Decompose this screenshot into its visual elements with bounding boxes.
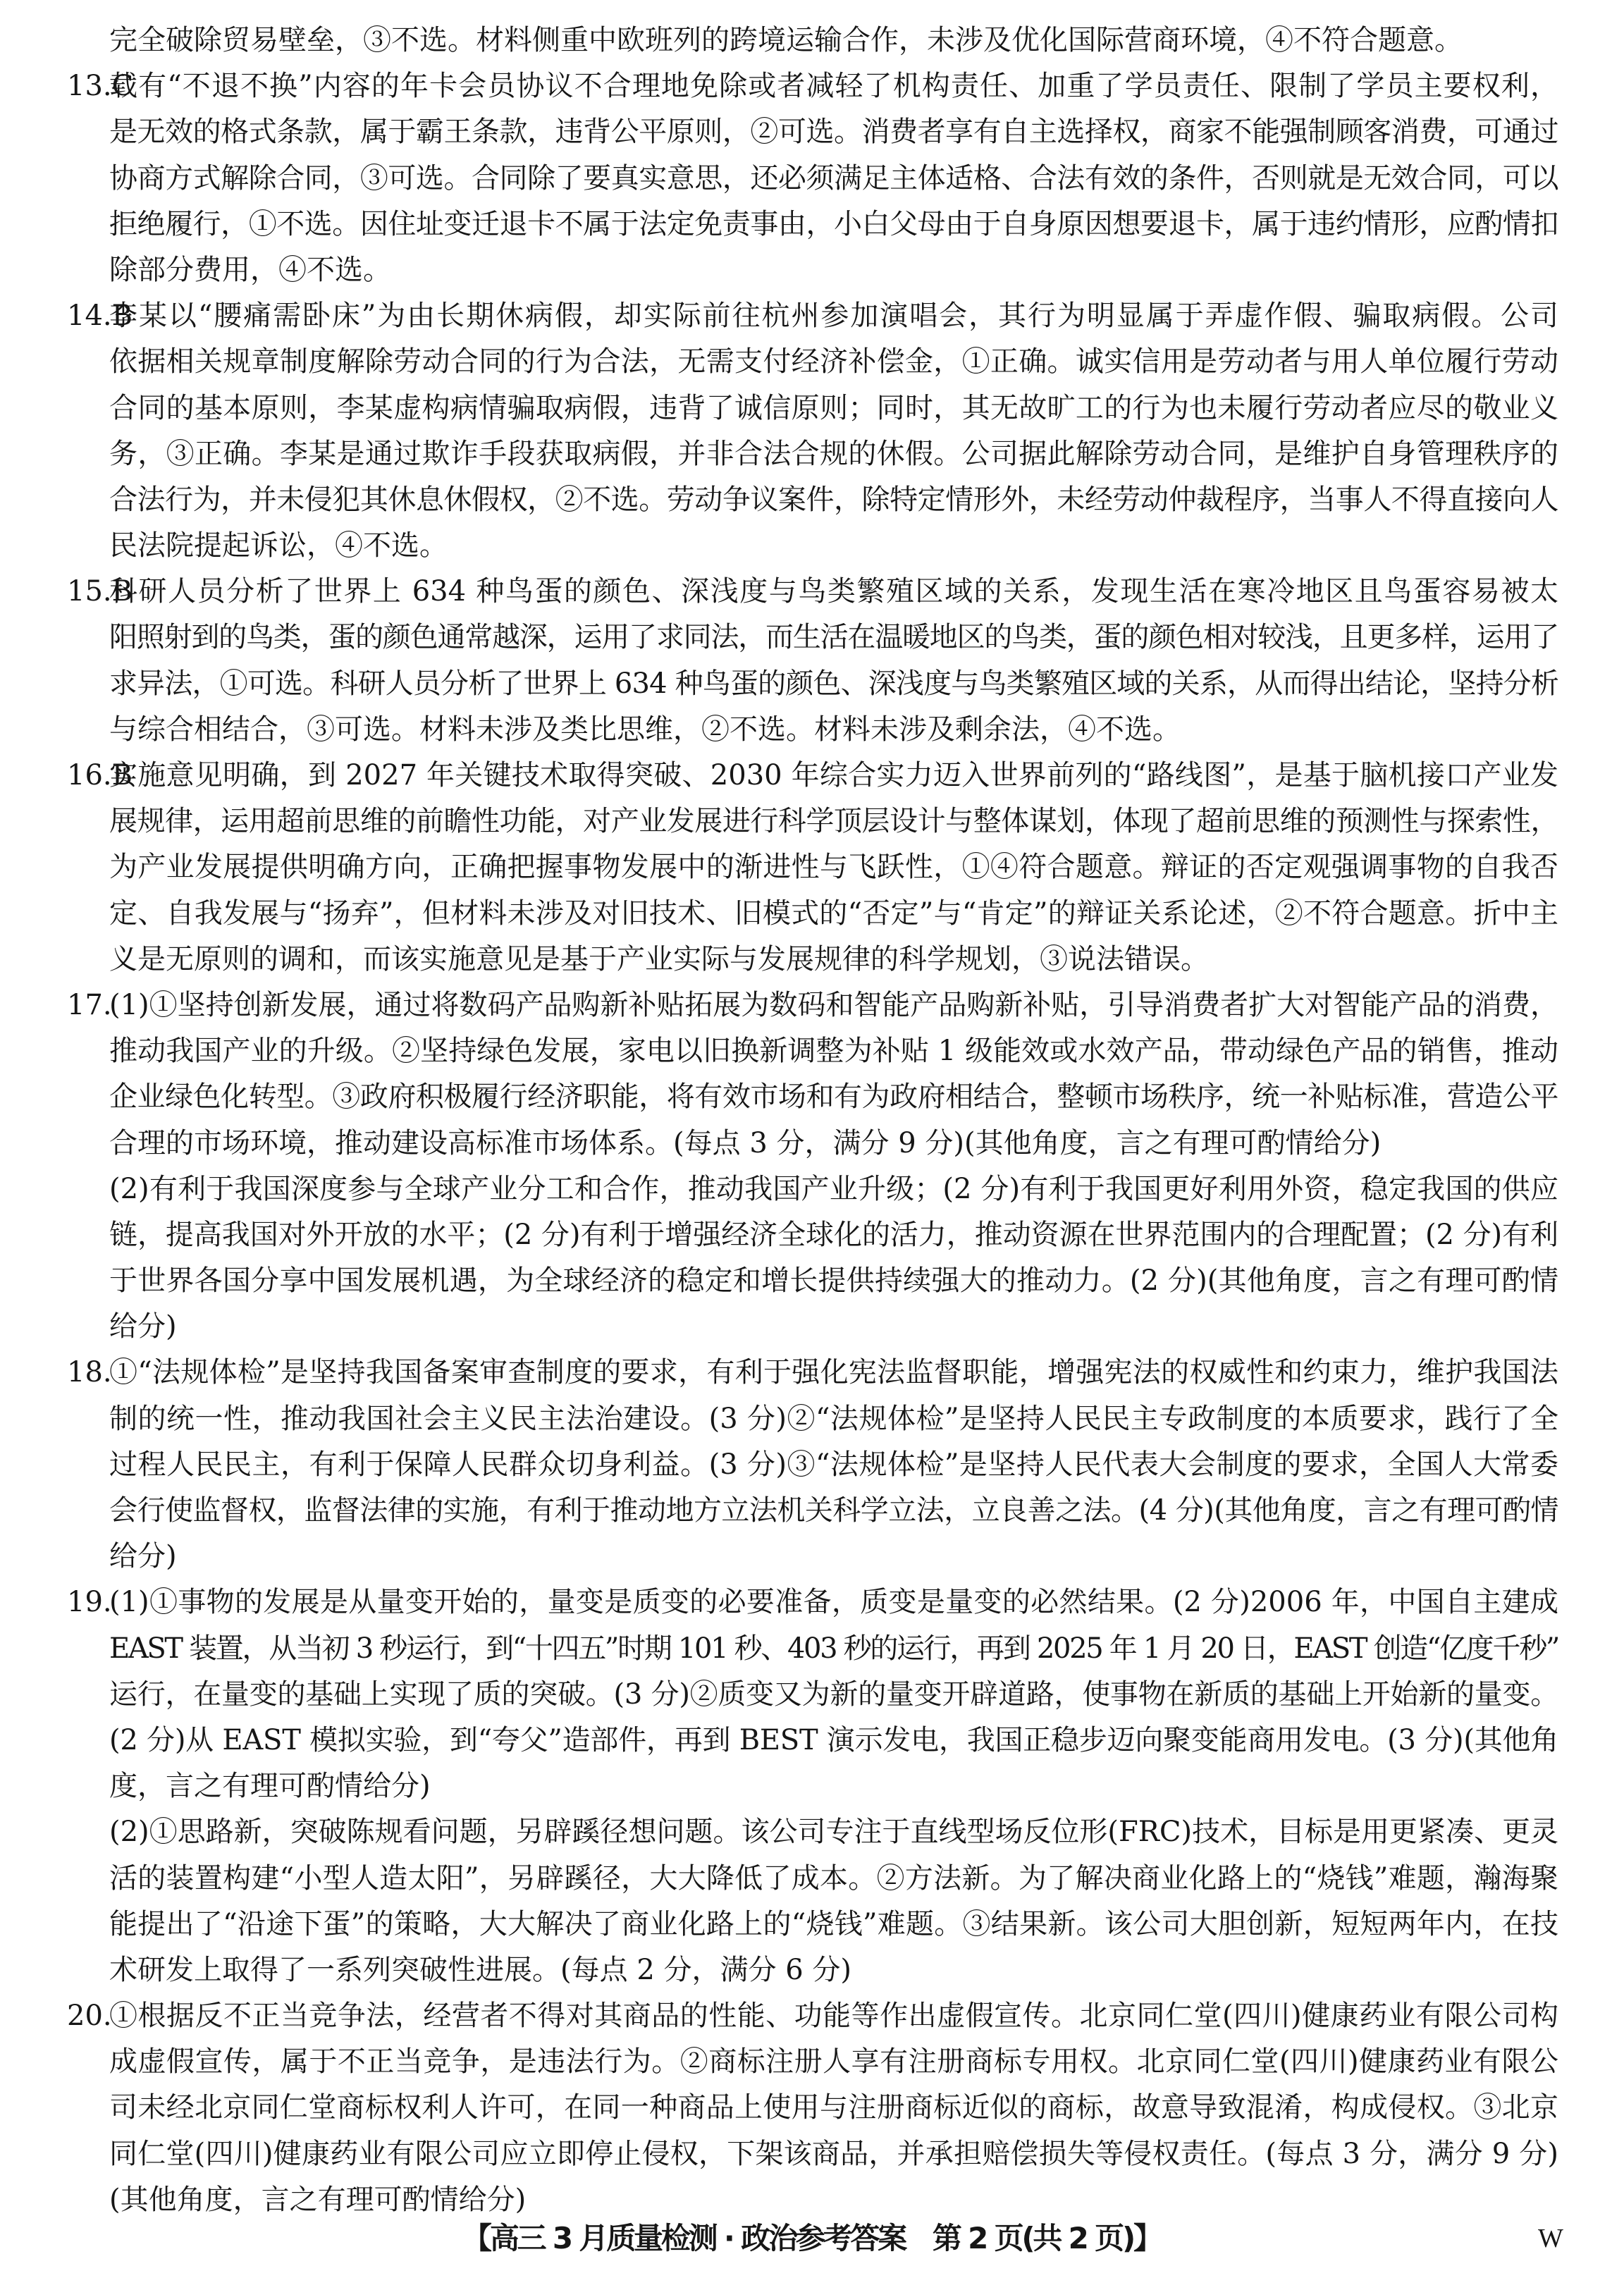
text-line: 合理的市场环境，推动建设高标准市场体系。(每点 3 分，满分 9 分)(其他角度… xyxy=(109,1121,1558,1166)
item-number: 20. xyxy=(67,1993,112,2039)
line-text: 协商方式解除合同，③可选。合同除了要真实意思，还必须满足主体适格、合法有效的条件… xyxy=(109,162,1558,195)
line-text: EAST 装置，从当初 3 秒运行，到“十四五”时期 101 秒、403 秒的运… xyxy=(109,1632,1558,1665)
line-text: 拒绝履行，①不选。因住址变迁退卡不属于法定免责事由，小白父母由于自身原因想要退卡… xyxy=(109,208,1558,240)
text-line: 于世界各国分享中国发展机遇，为全球经济的稳定和增长提供持续强大的推动力。(2 分… xyxy=(109,1258,1558,1304)
answer-item-16b: 16.B实施意见明确，到 2027 年关键技术取得突破、2030 年综合实力迈入… xyxy=(0,753,1624,983)
item-number: 14.B xyxy=(67,293,133,339)
version-mark: W xyxy=(1538,2220,1563,2257)
text-line: 求异法，①可选。科研人员分析了世界上 634 种鸟蛋的颜色、深浅度与鸟类繁殖区域… xyxy=(109,661,1558,707)
line-text: (2 分)从 EAST 模拟实验，到“夸父”造部件，再到 BEST 演示发电，我… xyxy=(109,1724,1558,1756)
line-text: 是无效的格式条款，属于霸王条款，违背公平原则，②可选。消费者享有自主选择权，商家… xyxy=(109,116,1558,148)
line-text: 合理的市场环境，推动建设高标准市场体系。(每点 3 分，满分 9 分)(其他角度… xyxy=(109,1127,1381,1159)
line-text: 民法院提起诉讼，④不选。 xyxy=(109,529,448,562)
answer-item-20: 20.①根据反不正当竞争法，经营者不得对其商品的性能、功能等作出虚假宣传。北京同… xyxy=(0,1993,1624,2223)
text-line: 19.(1)①事物的发展是从量变开始的，量变是质变的必要准备，质变是量变的必然结… xyxy=(109,1580,1558,1625)
text-line: 义是无原则的调和，而该实施意见是基于产业实际与发展规律的科学规划，③说法错误。 xyxy=(109,937,1558,983)
line-text: 活的装置构建“小型人造太阳”，另辟蹊径，大大降低了成本。②方法新。为了解决商业化… xyxy=(109,1862,1558,1895)
line-text: 求异法，①可选。科研人员分析了世界上 634 种鸟蛋的颜色、深浅度与鸟类繁殖区域… xyxy=(109,667,1558,700)
text-line: EAST 装置，从当初 3 秒运行，到“十四五”时期 101 秒、403 秒的运… xyxy=(109,1626,1558,1672)
line-text: 链，提高我国对外开放的水平；(2 分)有利于增强经济全球化的活力，推动资源在世界… xyxy=(109,1219,1558,1251)
answer-item-19: 19.(1)①事物的发展是从量变开始的，量变是质变的必要准备，质变是量变的必然结… xyxy=(0,1580,1624,1993)
answer-item-14b: 14.B李某以“腰痛需卧床”为由长期休病假，却实际前往杭州参加演唱会，其行为明显… xyxy=(0,293,1624,569)
text-line: (2 分)从 EAST 模拟实验，到“夸父”造部件，再到 BEST 演示发电，我… xyxy=(109,1718,1558,1763)
line-text: 除部分费用，④不选。 xyxy=(109,254,391,286)
line-text: (1)①坚持创新发展，通过将数码产品购新补贴拓展为数码和智能产品购新补贴，引导消… xyxy=(109,989,1558,1021)
line-text: 合法行为，并未侵犯其休息休假权，②不选。劳动争议案件，除特定情形外，未经劳动仲裁… xyxy=(109,484,1558,516)
line-text: 依据相关规章制度解除劳动合同的行为合法，无需支付经济补偿金，①正确。诚实信用是劳… xyxy=(109,345,1558,378)
answer-continuation: 完全破除贸易壁垒，③不选。材料侧重中欧班列的跨境运输合作，未涉及优化国际营商环境… xyxy=(0,18,1624,63)
line-text: 合同的基本原则，李某虚构病情骗取病假，违背了诚信原则；同时，其无故旷工的行为也未… xyxy=(109,392,1558,424)
line-text: ①“法规体检”是坚持我国备案审查制度的要求，有利于强化宪法监督职能，增强宪法的权… xyxy=(109,1356,1558,1389)
line-text: 义是无原则的调和，而该实施意见是基于产业实际与发展规律的科学规划，③说法错误。 xyxy=(109,943,1209,975)
item-number: 18. xyxy=(67,1350,112,1396)
text-line: 与综合相结合，③可选。材料未涉及类比思维，②不选。材料未涉及剩余法，④不选。 xyxy=(109,707,1558,753)
line-text: 同仁堂(四川)健康药业有限公司应立即停止侵权，下架该商品，并承担赔偿损失等侵权责… xyxy=(109,2138,1558,2170)
line-text: 载有“不退不换”内容的年卡会员协议不合理地免除或者减轻了机构责任、加重了学员责任… xyxy=(109,70,1558,102)
text-line: 度，言之有理可酌情给分) xyxy=(109,1763,1558,1809)
text-line: 依据相关规章制度解除劳动合同的行为合法，无需支付经济补偿金，①正确。诚实信用是劳… xyxy=(109,339,1558,385)
text-line: 给分) xyxy=(109,1304,1558,1350)
line-text: 完全破除贸易壁垒，③不选。材料侧重中欧班列的跨境运输合作，未涉及优化国际营商环境… xyxy=(109,24,1463,56)
line-text: 实施意见明确，到 2027 年关键技术取得突破、2030 年综合实力迈入世界前列… xyxy=(109,759,1558,792)
line-text: 定、自我发展与“扬弃”，但材料未涉及对旧技术、旧模式的“否定”与“肯定”的辩证关… xyxy=(109,897,1558,930)
text-line: 给分) xyxy=(109,1534,1558,1580)
line-text: (2)①思路新，突破陈规看问题，另辟蹊径想问题。该公司专注于直线型场反位形(FR… xyxy=(109,1816,1558,1848)
answer-item-18: 18.①“法规体检”是坚持我国备案审查制度的要求，有利于强化宪法监督职能，增强宪… xyxy=(0,1350,1624,1580)
line-text: 与综合相结合，③可选。材料未涉及类比思维，②不选。材料未涉及剩余法，④不选。 xyxy=(109,713,1181,746)
text-line: 协商方式解除合同，③可选。合同除了要真实意思，还必须满足主体适格、合法有效的条件… xyxy=(109,156,1558,202)
line-text: 推动我国产业的升级。②坚持绿色发展，家电以旧换新调整为补贴 1 级能效或水效产品… xyxy=(109,1035,1558,1067)
text-line: 会行使监督权，监督法律的实施，有利于推动地方立法机关科学立法，立良善之法。(4 … xyxy=(109,1488,1558,1534)
text-line: 18.①“法规体检”是坚持我国备案审查制度的要求，有利于强化宪法监督职能，增强宪… xyxy=(109,1350,1558,1396)
footer-text: 【高三 3 月质量检测 · 政治参考答案 第 2 页(共 2 页)】 xyxy=(462,2221,1161,2255)
text-line: 拒绝履行，①不选。因住址变迁退卡不属于法定免责事由，小白父母由于自身原因想要退卡… xyxy=(109,202,1558,247)
text-line: 完全破除贸易壁垒，③不选。材料侧重中欧班列的跨境运输合作，未涉及优化国际营商环境… xyxy=(109,18,1558,63)
text-line: 运行，在量变的基础上实现了质的突破。(3 分)②质变又为新的量变开辟道路，使事物… xyxy=(109,1672,1558,1718)
item-number: 17. xyxy=(67,983,112,1028)
line-text: 给分) xyxy=(109,1540,177,1572)
line-text: 于世界各国分享中国发展机遇，为全球经济的稳定和增长提供持续强大的推动力。(2 分… xyxy=(109,1264,1558,1297)
text-line: 除部分费用，④不选。 xyxy=(109,247,1558,293)
answer-item-15b: 15.B科研人员分析了世界上 634 种鸟蛋的颜色、深浅度与鸟类繁殖区域的关系，… xyxy=(0,569,1624,753)
text-line: 展规律，运用超前思维的前瞻性功能，对产业发展进行科学顶层设计与整体谋划，体现了超… xyxy=(109,799,1558,844)
text-line: (其他角度，言之有理可酌情给分) xyxy=(109,2177,1558,2223)
text-line: 企业绿色化转型。③政府积极履行经济职能，将有效市场和有为政府相结合，整顿市场秩序… xyxy=(109,1074,1558,1120)
line-text: 运行，在量变的基础上实现了质的突破。(3 分)②质变又为新的量变开辟道路，使事物… xyxy=(109,1678,1558,1711)
answer-item-13c: 13.C载有“不退不换”内容的年卡会员协议不合理地免除或者减轻了机构责任、加重了… xyxy=(0,63,1624,293)
line-text: 李某以“腰痛需卧床”为由长期休病假，却实际前往杭州参加演唱会，其行为明显属于弄虚… xyxy=(109,300,1558,332)
line-text: 企业绿色化转型。③政府积极履行经济职能，将有效市场和有为政府相结合，整顿市场秩序… xyxy=(109,1080,1558,1113)
text-line: 制的统一性，推动我国社会主义民主法治建设。(3 分)②“法规体检”是坚持人民民主… xyxy=(109,1396,1558,1442)
line-text: 会行使监督权，监督法律的实施，有利于推动地方立法机关科学立法，立良善之法。(4 … xyxy=(109,1494,1558,1527)
line-text: 为产业发展提供明确方向，正确把握事物发展中的渐进性与飞跃性，①④符合题意。辩证的… xyxy=(109,851,1558,883)
item-number: 13.C xyxy=(67,63,133,109)
line-text: 过程人民民主，有利于保障人民群众切身利益。(3 分)③“法规体检”是坚持人民代表… xyxy=(109,1448,1558,1481)
text-line: 民法院提起诉讼，④不选。 xyxy=(109,523,1558,569)
text-line: 是无效的格式条款，属于霸王条款，违背公平原则，②可选。消费者享有自主选择权，商家… xyxy=(109,109,1558,155)
line-text: 给分) xyxy=(109,1310,177,1343)
text-line: 16.B实施意见明确，到 2027 年关键技术取得突破、2030 年综合实力迈入… xyxy=(109,753,1558,799)
text-line: 活的装置构建“小型人造太阳”，另辟蹊径，大大降低了成本。②方法新。为了解决商业化… xyxy=(109,1856,1558,1902)
text-line: 链，提高我国对外开放的水平；(2 分)有利于增强经济全球化的活力，推动资源在世界… xyxy=(109,1212,1558,1258)
line-text: 务，③正确。李某是通过欺诈手段获取病假，并非合法合规的休假。公司据此解除劳动合同… xyxy=(109,438,1558,470)
text-line: 阳照射到的鸟类，蛋的颜色通常越深，运用了求同法，而生活在温暖地区的鸟类，蛋的颜色… xyxy=(109,615,1558,660)
page-footer: 【高三 3 月质量检测 · 政治参考答案 第 2 页(共 2 页)】 xyxy=(462,2220,1163,2257)
text-line: 推动我国产业的升级。②坚持绿色发展，家电以旧换新调整为补贴 1 级能效或水效产品… xyxy=(109,1028,1558,1074)
line-text: (其他角度，言之有理可酌情给分) xyxy=(109,2184,526,2216)
line-text: (1)①事物的发展是从量变开始的，量变是质变的必要准备，质变是量变的必然结果。(… xyxy=(109,1586,1558,1618)
text-line: 合法行为，并未侵犯其休息休假权，②不选。劳动争议案件，除特定情形外，未经劳动仲裁… xyxy=(109,477,1558,523)
line-text: (2)有利于我国深度参与全球产业分工和合作，推动我国产业升级；(2 分)有利于我… xyxy=(109,1173,1558,1205)
text-line: 为产业发展提供明确方向，正确把握事物发展中的渐进性与飞跃性，①④符合题意。辩证的… xyxy=(109,844,1558,890)
text-line: 17.(1)①坚持创新发展，通过将数码产品购新补贴拓展为数码和智能产品购新补贴，… xyxy=(109,983,1558,1028)
line-text: 司未经北京同仁堂商标权利人许可，在同一种商品上使用与注册商标近似的商标，故意导致… xyxy=(109,2091,1558,2124)
item-number: 19. xyxy=(67,1580,112,1625)
line-text: 成虚假宣传，属于不正当竞争，是违法行为。②商标注册人享有注册商标专用权。北京同仁… xyxy=(109,2045,1558,2078)
line-text: 科研人员分析了世界上 634 种鸟蛋的颜色、深浅度与鸟类繁殖区域的关系，发现生活… xyxy=(109,575,1558,608)
text-line: 能提出了“沿途下蛋”的策略，大大解决了商业化路上的“烧钱”难题。③结果新。该公司… xyxy=(109,1902,1558,1947)
text-line: 务，③正确。李某是通过欺诈手段获取病假，并非合法合规的休假。公司据此解除劳动合同… xyxy=(109,431,1558,477)
answer-document: 完全破除贸易壁垒，③不选。材料侧重中欧班列的跨境运输合作，未涉及优化国际营商环境… xyxy=(0,18,1624,2223)
item-number: 15.B xyxy=(67,569,133,615)
line-text: 术研发上取得了一系列突破性进展。(每点 2 分，满分 6 分) xyxy=(109,1954,851,1986)
line-text: 阳照射到的鸟类，蛋的颜色通常越深，运用了求同法，而生活在温暖地区的鸟类，蛋的颜色… xyxy=(109,621,1558,653)
item-number: 16.B xyxy=(67,753,133,799)
text-line: 司未经北京同仁堂商标权利人许可，在同一种商品上使用与注册商标近似的商标，故意导致… xyxy=(109,2085,1558,2131)
line-text: ①根据反不正当竞争法，经营者不得对其商品的性能、功能等作出虚假宣传。北京同仁堂(… xyxy=(109,2000,1558,2032)
line-text: 展规律，运用超前思维的前瞻性功能，对产业发展进行科学顶层设计与整体谋划，体现了超… xyxy=(109,805,1558,837)
text-line: 20.①根据反不正当竞争法，经营者不得对其商品的性能、功能等作出虚假宣传。北京同… xyxy=(109,1993,1558,2039)
text-line: 13.C载有“不退不换”内容的年卡会员协议不合理地免除或者减轻了机构责任、加重了… xyxy=(109,63,1558,109)
text-line: 14.B李某以“腰痛需卧床”为由长期休病假，却实际前往杭州参加演唱会，其行为明显… xyxy=(109,293,1558,339)
line-text: 度，言之有理可酌情给分) xyxy=(109,1770,431,1802)
line-text: 制的统一性，推动我国社会主义民主法治建设。(3 分)②“法规体检”是坚持人民民主… xyxy=(109,1403,1558,1435)
text-line: 定、自我发展与“扬弃”，但材料未涉及对旧技术、旧模式的“否定”与“肯定”的辩证关… xyxy=(109,891,1558,937)
text-line: 合同的基本原则，李某虚构病情骗取病假，违背了诚信原则；同时，其无故旷工的行为也未… xyxy=(109,386,1558,431)
text-line: (2)①思路新，突破陈规看问题，另辟蹊径想问题。该公司专注于直线型场反位形(FR… xyxy=(109,1809,1558,1855)
text-line: 过程人民民主，有利于保障人民群众切身利益。(3 分)③“法规体检”是坚持人民代表… xyxy=(109,1442,1558,1488)
text-line: (2)有利于我国深度参与全球产业分工和合作，推动我国产业升级；(2 分)有利于我… xyxy=(109,1166,1558,1212)
line-text: 能提出了“沿途下蛋”的策略，大大解决了商业化路上的“烧钱”难题。③结果新。该公司… xyxy=(109,1908,1558,1940)
answer-item-17: 17.(1)①坚持创新发展，通过将数码产品购新补贴拓展为数码和智能产品购新补贴，… xyxy=(0,983,1624,1350)
text-line: 成虚假宣传，属于不正当竞争，是违法行为。②商标注册人享有注册商标专用权。北京同仁… xyxy=(109,2039,1558,2085)
text-line: 同仁堂(四川)健康药业有限公司应立即停止侵权，下架该商品，并承担赔偿损失等侵权责… xyxy=(109,2131,1558,2177)
text-line: 术研发上取得了一系列突破性进展。(每点 2 分，满分 6 分) xyxy=(109,1947,1558,1993)
text-line: 15.B科研人员分析了世界上 634 种鸟蛋的颜色、深浅度与鸟类繁殖区域的关系，… xyxy=(109,569,1558,615)
